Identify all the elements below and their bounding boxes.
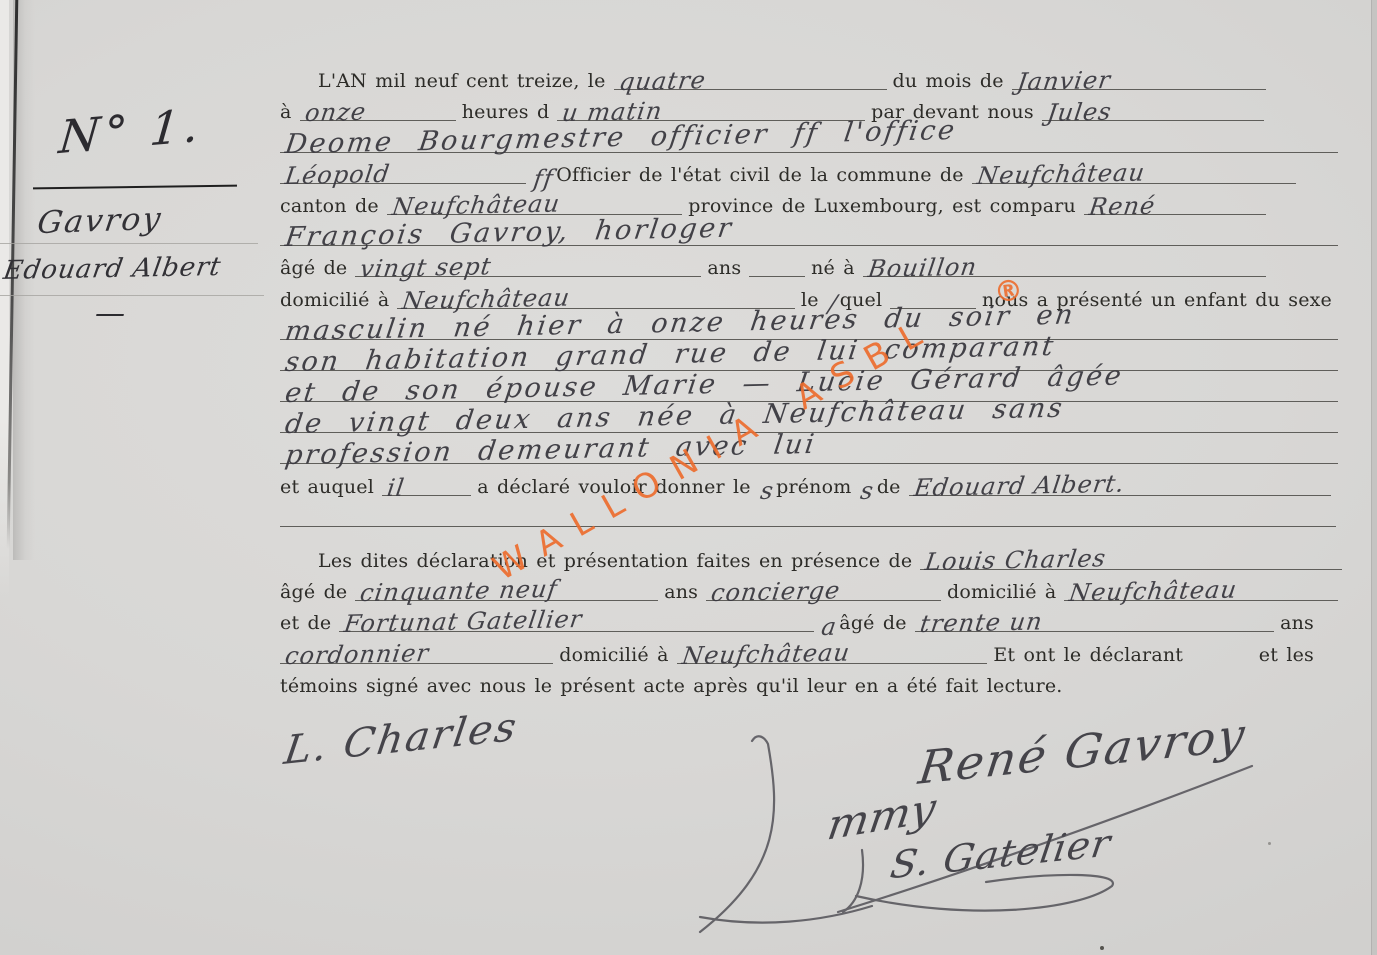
ruled-fill-line: Fortunat Gatellier [339, 601, 814, 632]
ruled-fill-line: Neufchâteau [397, 278, 795, 309]
handwritten-text: Janvier [1016, 71, 1112, 91]
ruled-fill-line: Janvier [1012, 59, 1266, 90]
handwritten-text: trente un [919, 613, 1044, 634]
ruled-fill-line: u matin [557, 90, 865, 121]
registered-trademark-icon: ® [992, 272, 1025, 310]
ruled-fill-line: Neufchâteau [1064, 570, 1338, 601]
ruled-fill-line: onze [300, 90, 456, 121]
handwritten-text: Jules [1046, 103, 1113, 122]
page-right-edge [1372, 0, 1377, 955]
line-closing: témoins signé avec nous le présent acte … [278, 669, 1350, 700]
ruled-fill-line: concierge [706, 570, 941, 601]
handwritten-text: de vingt deux ans née à Neufchâteau sans [284, 400, 1065, 434]
handwritten-text: Neufchâteau [976, 163, 1146, 185]
ruled-fill-line: trente un [915, 601, 1274, 632]
margin-ruled-line [0, 295, 264, 296]
ruled-fill-line: Léopold [280, 153, 526, 184]
handwritten-text: onze [304, 103, 367, 122]
printed-text: ans [1278, 612, 1320, 637]
printed-text: et les [1257, 644, 1320, 669]
handwritten-text: René [1088, 197, 1157, 216]
handwritten-text: cinquante neuf [359, 580, 559, 602]
ruled-fill-line: vingt sept [355, 246, 701, 277]
ruled-fill-line: Neufchâteau [387, 184, 683, 215]
handwritten-text: François Gavroy, horloger [284, 220, 734, 247]
margin-ruled-line [0, 243, 258, 244]
handwritten-text: cordonnier [284, 644, 430, 665]
line-blank [278, 501, 1350, 532]
ruled-fill-line: Louis Charles [920, 539, 1342, 570]
margin-registered-surname: Gavroy [35, 201, 165, 241]
printed-text: Et ont le déclarant [991, 644, 1189, 669]
ruled-fill-line: Neufchâteau [677, 633, 988, 664]
printed-text: du mois de [891, 70, 1010, 95]
handwritten-text: vingt sept [359, 258, 493, 279]
ruled-fill-line [280, 496, 1336, 527]
handwritten-text: Neufchâteau [391, 194, 561, 216]
handwritten-text: il [386, 478, 406, 496]
ruled-fill-line: masculin né hier à onze heures du soir e… [280, 309, 1338, 340]
handwritten-text: quatre [618, 71, 707, 91]
handwritten-text: Fortunat Gatellier [343, 610, 584, 633]
handwritten-text: Léopold [284, 165, 391, 185]
handwritten-text: concierge [710, 581, 842, 602]
ruled-fill-line: Edouard Albert. [909, 465, 1331, 496]
ruled-fill-line: Bouillon [863, 246, 1266, 277]
printed-text: témoins signé avec nous le présent acte … [278, 675, 1069, 700]
handwritten-text: Neufchâteau [401, 288, 571, 310]
ruled-fill-line: François Gavroy, horloger [280, 215, 1338, 246]
margin-registered-firstnames: Edouard Albert [1, 252, 223, 286]
ruled-fill-line: Jules [1042, 90, 1264, 121]
handwritten-text: Edouard Albert. [913, 474, 1126, 496]
ink-speck [1100, 946, 1104, 950]
ruled-fill-line: quatre [614, 59, 887, 90]
handwritten-text: Deome Bourgmestre officier ff l'office [284, 122, 958, 154]
handwritten-text: Bouillon [867, 258, 978, 278]
printed-text: âgé de [278, 257, 353, 282]
ink-speck [1268, 842, 1271, 845]
handwritten-text: Louis Charles [924, 549, 1107, 571]
line-witness2-profession: cordonnierdomicilié àNeufchâteauEt ont l… [278, 637, 1350, 668]
printed-text: domicilié à [557, 644, 674, 669]
ruled-fill-line: René [1084, 184, 1266, 215]
handwritten-text: Neufchâteau [1068, 581, 1238, 603]
ruled-fill-line [749, 246, 805, 277]
ruled-fill-line: Deome Bourgmestre officier ff l'office [280, 122, 1338, 153]
handwritten-text: u matin [561, 102, 664, 122]
handwritten-text: Neufchâteau [681, 643, 851, 665]
printed-text: né à [809, 257, 861, 282]
ruled-fill-line: cordonnier [280, 633, 553, 664]
ruled-fill-line: profession demeurant avec lui [280, 433, 1338, 464]
ruled-fill-line: Neufchâteau [972, 153, 1296, 184]
margin-dash: — [95, 296, 125, 331]
ruled-fill-line: il [382, 465, 471, 496]
